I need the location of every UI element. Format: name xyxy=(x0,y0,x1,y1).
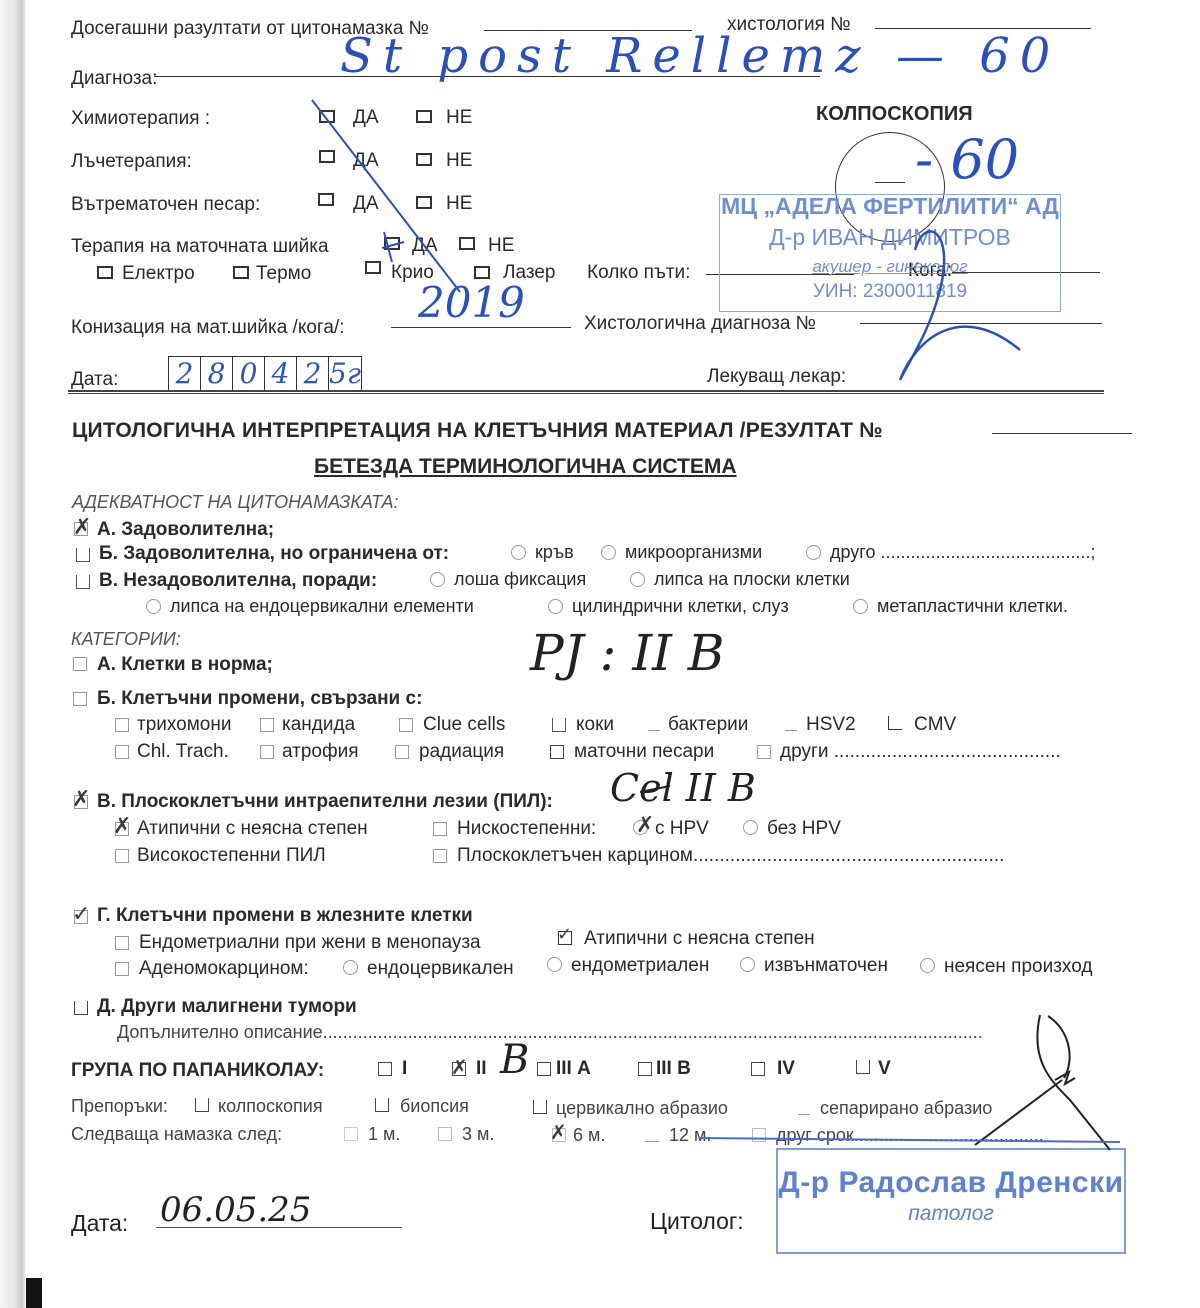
cat-b-bacteria-checkbox[interactable] xyxy=(648,730,660,731)
cat-b-cocci-label: коки xyxy=(576,714,614,736)
adequacy-b-blood-label: кръв xyxy=(535,542,574,563)
pap-group-4-label: IV xyxy=(777,1058,795,1080)
histology-diagnosis-field[interactable] xyxy=(860,323,1102,324)
iud-label: Вътрематочен песар: xyxy=(71,194,260,216)
next-smear-3m-label: 3 м. xyxy=(462,1124,494,1145)
cat-d-label: Г. Клетъчни промени в жлезните клетки xyxy=(97,905,473,927)
clinic-stamp-line2: Д-р ИВАН ДИМИТРОВ xyxy=(720,224,1060,251)
cat-c-with-hpv-label: с HPV xyxy=(655,818,709,840)
pap-group-1-checkbox[interactable] xyxy=(378,1062,392,1076)
next-smear-12m-checkbox[interactable] xyxy=(645,1141,659,1142)
chemotherapy-yes-label: ДА xyxy=(353,107,379,129)
pap-group-5-checkbox[interactable] xyxy=(856,1060,870,1074)
adequacy-c-cylindrical-radio[interactable] xyxy=(548,599,563,614)
chemotherapy-no-checkbox[interactable] xyxy=(416,110,432,123)
adequacy-c-squamous-label: липса на плоски клетки xyxy=(654,569,850,590)
radiotherapy-yes-label: ДА xyxy=(353,150,379,172)
diagnosis-handwritten: St post Relleтz — 60 xyxy=(340,28,1060,84)
next-smear-6m-label: 6 м. xyxy=(573,1125,605,1146)
next-smear-other-checkbox[interactable] xyxy=(752,1128,766,1142)
cat-d-endocervical-radio[interactable] xyxy=(343,960,358,975)
therapy-electro-checkbox[interactable] xyxy=(97,266,113,279)
cat-d-unknown-origin-label: неясен произход xyxy=(944,956,1092,978)
radiotherapy-no-label: НЕ xyxy=(446,150,472,172)
conization-field[interactable] xyxy=(391,327,571,328)
adequacy-b-microorganisms-label: микроорганизми xyxy=(625,542,762,563)
adequacy-c-metaplastic-radio[interactable] xyxy=(853,599,868,614)
adequacy-c-fixation-radio[interactable] xyxy=(430,572,445,587)
adequacy-c-endocervical-radio[interactable] xyxy=(146,599,161,614)
cat-c-label: В. Плоскоклетъчни интраепителни лезии (П… xyxy=(97,791,553,813)
pap-group-5-label: V xyxy=(878,1058,891,1080)
diagnosis-label: Диагноза: xyxy=(71,68,157,90)
cat-d-adenocarcinoma-label: Аденомокарцином: xyxy=(139,958,309,980)
next-smear-3m-checkbox[interactable] xyxy=(438,1127,452,1141)
date-cell-6: 5г xyxy=(329,357,361,391)
cat-d-extrauterine-radio[interactable] xyxy=(740,957,755,972)
cat-d-agc-checkmark: ✓ xyxy=(557,926,572,944)
therapy-thermo-checkbox[interactable] xyxy=(233,266,249,279)
cat-b-radiation-checkbox[interactable] xyxy=(395,745,409,759)
conization-label: Конизация на мат.шийка /кога/: xyxy=(71,317,345,339)
cat-b-clue-cells-label: Clue cells xyxy=(423,714,505,736)
adequacy-c-squamous-radio[interactable] xyxy=(630,572,645,587)
adequacy-a-checkmark: ✗ xyxy=(73,517,91,539)
chemotherapy-yes-checkbox[interactable] xyxy=(319,110,335,123)
date-cell-1: 2 xyxy=(169,357,201,391)
cat-b-iud-checkbox[interactable] xyxy=(550,745,564,759)
rec-biopsy-checkbox[interactable] xyxy=(375,1098,389,1112)
cat-d-endometrial-checkbox[interactable] xyxy=(115,936,129,950)
cat-d-extrauterine-label: извънматочен xyxy=(764,955,888,977)
cat-b-other-checkbox[interactable] xyxy=(757,745,771,759)
cytologist-stamp-name: Д-р Радослав Дренски xyxy=(778,1166,1124,1200)
cat-b-hsv2-label: HSV2 xyxy=(806,714,856,736)
clinic-stamp-line1: МЦ „АДЕЛА ФЕРТИЛИТИ“ АД xyxy=(720,193,1060,220)
date-label: Дата: xyxy=(71,369,118,391)
iud-no-label: НЕ xyxy=(446,193,472,215)
adequacy-c-label: В. Незадоволителна, поради: xyxy=(99,570,377,592)
clinic-stamp-line3: акушер - гинеколог xyxy=(720,257,1060,277)
header-divider xyxy=(68,390,1104,394)
rec-separated-abrasion-checkbox[interactable] xyxy=(798,1114,810,1115)
cat-b-candida-checkbox[interactable] xyxy=(260,718,274,732)
cat-d-checkmark: ✓ xyxy=(72,904,90,926)
cat-b-trichomonas-label: трихомони xyxy=(137,714,231,736)
scan-page-edge xyxy=(0,0,26,1308)
date-cell-2: 8 xyxy=(201,357,233,391)
cat-c-without-hpv-radio[interactable] xyxy=(743,820,758,835)
date-boxes[interactable]: 2 8 0 4 2 5г xyxy=(168,356,362,392)
cat-d-adenocarcinoma-checkbox[interactable] xyxy=(115,962,129,976)
cat-d-unknown-origin-radio[interactable] xyxy=(920,958,935,973)
colposcopy-handwritten: - 60 xyxy=(915,128,1019,191)
adequacy-b-blood-radio[interactable] xyxy=(511,545,526,560)
cervix-therapy-yes-checkbox[interactable] xyxy=(384,237,400,250)
pap-group-3b-label: III В xyxy=(656,1058,691,1080)
chemotherapy-no-label: НЕ xyxy=(446,107,472,129)
cat-b-chlamydia-label: Chl. Trach. xyxy=(137,741,229,763)
next-smear-1m-checkbox[interactable] xyxy=(344,1127,358,1141)
date-cell-3: 0 xyxy=(233,357,265,391)
cat-d-endocervical-label: ендоцервикален xyxy=(367,958,514,980)
adequacy-c-checkbox[interactable] xyxy=(76,575,90,589)
therapy-electro-label: Електро xyxy=(122,263,195,285)
date-cell-5: 2 xyxy=(297,357,329,391)
cat-d-endometrial-radio[interactable] xyxy=(547,957,562,972)
cat-c-with-hpv-checkmark: ✗ xyxy=(636,815,654,837)
cat-e-label: Д. Други малигнени тумори xyxy=(97,996,357,1018)
cytologist-label: Цитолог: xyxy=(650,1208,744,1235)
cat-b-atrophy-label: атрофия xyxy=(282,741,359,763)
cat-b-chlamydia-checkbox[interactable] xyxy=(115,745,129,759)
how-many-times-label: Колко пъти: xyxy=(587,262,690,284)
cat-c-lsil-label: Нискостепенни: xyxy=(457,818,596,840)
next-smear-6m-checkmark: ✗ xyxy=(550,1122,567,1142)
radiotherapy-label: Лъчетерапия: xyxy=(71,151,192,173)
adequacy-c-endocervical-label: липса на ендоцервикални елементи xyxy=(170,596,474,617)
cat-d-agc-label: Атипични с неясна степен xyxy=(584,928,815,950)
cat-c-ascus-checkmark: ✗ xyxy=(113,816,131,838)
categories-heading: КАТЕГОРИИ: xyxy=(71,629,181,650)
chemotherapy-label: Химиотерапия : xyxy=(71,108,210,130)
cat-b-cocci-checkbox[interactable] xyxy=(552,718,566,732)
pap-group-3a-checkbox[interactable] xyxy=(537,1062,551,1076)
adequacy-heading: АДЕКВАТНОСТ НА ЦИТОНАМАЗКАТА: xyxy=(72,492,399,513)
next-smear-1m-label: 1 м. xyxy=(368,1124,400,1145)
recommendations-label: Препоръки: xyxy=(71,1096,168,1117)
rec-cervical-abrasion-label: цервикално абразио xyxy=(556,1098,728,1119)
adequacy-b-other-label: друго ..................................… xyxy=(830,542,1096,563)
iud-yes-label: ДА xyxy=(353,193,379,215)
bethesda-subtitle: БЕТЕЗДА ТЕРМИНОЛОГИЧНА СИСТЕМА xyxy=(314,455,737,479)
rec-cervical-abrasion-checkbox[interactable] xyxy=(533,1100,547,1114)
cat-b-label: Б. Клетъчни промени, свързани с: xyxy=(97,688,422,710)
categories-handwritten: PJ : II B xyxy=(530,624,724,682)
cat-b-cmv-label: CMV xyxy=(914,714,956,736)
cat-c-hsil-label: Високостепенни ПИЛ xyxy=(137,845,326,867)
cat-d-endometrial-label: Ендометриални при жени в менопауза xyxy=(139,932,481,954)
rec-biopsy-label: биопсия xyxy=(400,1096,469,1117)
cat-b-cmv-checkbox[interactable] xyxy=(888,716,902,730)
radiotherapy-yes-checkbox[interactable] xyxy=(319,150,335,163)
scan-edge-mark xyxy=(26,1278,42,1308)
cervix-therapy-no-checkbox[interactable] xyxy=(459,237,475,250)
histology-diagnosis-label: Хистологична диагноза № xyxy=(584,313,816,335)
adequacy-b-label: Б. Задоволителна, но ограничена от: xyxy=(99,543,449,565)
radiotherapy-no-checkbox[interactable] xyxy=(416,153,432,166)
cat-c-carcinoma-checkbox[interactable] xyxy=(433,849,447,863)
footer-date-line xyxy=(156,1227,402,1228)
cat-e-checkbox[interactable] xyxy=(74,1001,88,1015)
cervix-therapy-yes-label: ДА xyxy=(412,235,438,257)
therapy-cryo-checkbox[interactable] xyxy=(365,261,381,274)
result-number-field[interactable] xyxy=(992,433,1132,434)
pap-handwritten-note: B xyxy=(500,1037,529,1083)
cat-b-radiation-label: радиация xyxy=(419,741,504,763)
treating-doctor-label: Лекуващ лекар: xyxy=(707,366,846,388)
cat-c-hsil-checkbox[interactable] xyxy=(115,849,129,863)
iud-yes-checkbox[interactable] xyxy=(318,193,334,206)
cat-c-without-hpv-label: без HPV xyxy=(767,818,841,840)
pap-group-1-label: I xyxy=(402,1058,407,1080)
cytologist-stamp-title: патолог xyxy=(778,1202,1124,1226)
adequacy-b-microorganisms-radio[interactable] xyxy=(601,545,616,560)
cat-b-atrophy-checkbox[interactable] xyxy=(260,745,274,759)
adequacy-a-label: А. Задоволителна; xyxy=(97,519,274,541)
adequacy-c-fixation-label: лоша фиксация xyxy=(454,569,586,590)
cat-b-candida-label: кандида xyxy=(282,714,355,736)
interpretation-title: ЦИТОЛОГИЧНА ИНТЕРПРЕТАЦИЯ НА КЛЕТЪЧНИЯ М… xyxy=(72,419,883,443)
cat-b-clue-cells-checkbox[interactable] xyxy=(399,718,413,732)
cat-a-label: А. Клетки в норма; xyxy=(97,654,273,676)
next-smear-other-label: друг срок...............................… xyxy=(776,1125,1044,1146)
date-cell-4: 4 xyxy=(265,357,297,391)
colposcopy-diagram-mark xyxy=(875,182,905,183)
cat-a-checkbox[interactable] xyxy=(73,657,87,671)
clinic-stamp-line4: УИН: 2300011819 xyxy=(720,281,1060,303)
adequacy-b-checkbox[interactable] xyxy=(76,548,90,562)
clinic-stamp: МЦ „АДЕЛА ФЕРТИЛИТИ“ АД Д-р ИВАН ДИМИТРО… xyxy=(719,194,1061,312)
footer-date-label: Дата: xyxy=(71,1210,128,1237)
adequacy-c-metaplastic-label: метапластични клетки. xyxy=(877,596,1068,617)
colposcopy-title: КОЛПОСКОПИЯ xyxy=(816,103,973,126)
cat-b-hsv2-checkbox[interactable] xyxy=(785,730,797,731)
pap-group-4-checkbox[interactable] xyxy=(751,1062,765,1076)
cat-c-ascus-label: Атипични с неясна степен xyxy=(137,818,368,840)
cat-c-lsil-checkbox[interactable] xyxy=(433,822,447,836)
iud-no-checkbox[interactable] xyxy=(416,196,432,209)
cat-c-handwritten: Cel II B xyxy=(610,766,756,810)
cat-b-bacteria-label: бактерии xyxy=(668,714,748,736)
cat-e-description[interactable]: Допълнително описание...................… xyxy=(117,1022,983,1043)
cervix-therapy-no-label: НЕ xyxy=(488,235,514,257)
cytologist-stamp: Д-р Радослав Дренски патолог xyxy=(776,1148,1126,1254)
therapy-thermo-label: Термо xyxy=(256,263,311,285)
next-smear-label: Следваща намазка след: xyxy=(71,1124,282,1145)
cervix-therapy-label: Терапия на маточната шийка xyxy=(71,236,329,258)
pap-group-2-checkmark: ✗ xyxy=(451,1057,468,1077)
cat-b-iud-label: маточни песари xyxy=(574,741,714,763)
papanicolaou-label: ГРУПА ПО ПАПАНИКОЛАУ: xyxy=(71,1060,324,1082)
cat-c-checkmark: ✗ xyxy=(72,789,90,811)
rec-colposcopy-label: колпоскопия xyxy=(218,1096,323,1117)
next-smear-12m-label: 12 м. xyxy=(669,1125,711,1146)
cat-b-checkbox[interactable] xyxy=(73,692,87,706)
footer-date-value[interactable]: 06.05.25 xyxy=(160,1190,311,1230)
cat-d-endometrial-radio-label: ендометриален xyxy=(571,955,709,977)
pap-group-3a-label: III А xyxy=(556,1058,591,1080)
cat-c-carcinoma-label: Плоскоклетъчен карцином.................… xyxy=(457,845,1004,867)
adequacy-b-other-radio[interactable] xyxy=(806,545,821,560)
conization-year-handwritten: 2019 xyxy=(418,278,525,327)
pap-group-3b-checkbox[interactable] xyxy=(638,1062,652,1076)
rec-separated-abrasion-label: сепарирано абразио xyxy=(820,1098,992,1119)
pap-group-2-label: II xyxy=(476,1058,487,1080)
cat-b-other-label: други ..................................… xyxy=(780,741,1061,763)
cat-b-trichomonas-checkbox[interactable] xyxy=(115,718,129,732)
adequacy-c-cylindrical-label: цилиндрични клетки, слуз xyxy=(572,596,789,617)
rec-colposcopy-checkbox[interactable] xyxy=(195,1098,209,1112)
